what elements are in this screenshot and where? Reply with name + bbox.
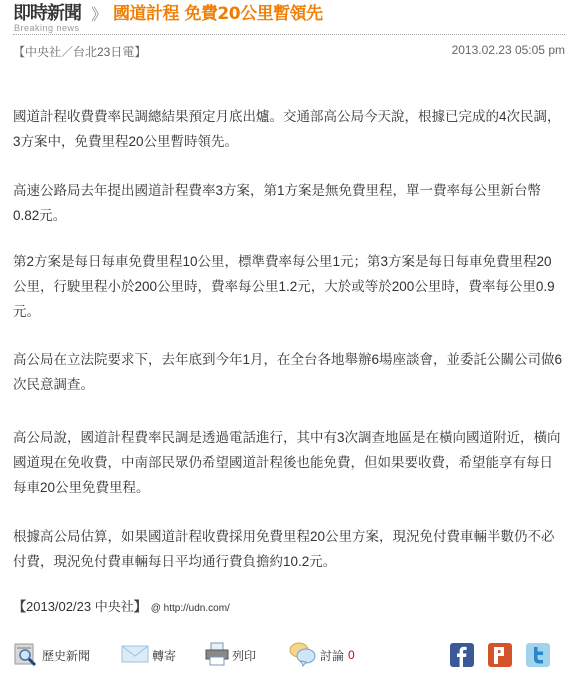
facebook-icon — [450, 643, 474, 667]
article-paragraph: 高速公路局去年提出國道計程費率3方案，第1方案是無免費里程，單一費率每公里新台幣… — [13, 178, 563, 228]
dateline-source: 【中央社／台北23日電】 — [13, 43, 146, 60]
forward-button[interactable]: 轉寄 — [121, 641, 176, 669]
section-title: 即時新聞 — [13, 4, 81, 24]
plurk-share-button[interactable] — [488, 643, 512, 667]
source-url: @ http://udn.com/ — [151, 603, 230, 614]
title-separator: 》 — [91, 5, 107, 25]
publish-timestamp: 2013.02.23 05:05 pm — [452, 43, 565, 57]
header-divider — [13, 34, 565, 35]
magnifier-document-icon — [13, 641, 39, 670]
credit-close-bracket: 】 — [134, 599, 147, 614]
article-paragraph: 根據高公局估算，如果國道計程收費採用免費里程20公里方案，現況免付費車輛半數仍不… — [13, 524, 563, 574]
facebook-share-button[interactable] — [450, 643, 474, 667]
printer-icon — [205, 641, 229, 670]
article-paragraph: 高公局在立法院要求下，去年底到今年1月，在全台各地舉辦6場座談會，並委託公關公司… — [13, 347, 563, 397]
credit-open-bracket: 【 — [13, 599, 26, 614]
history-news-label: 歷史新聞 — [42, 647, 90, 664]
forward-label: 轉寄 — [152, 647, 176, 664]
twitter-icon — [526, 643, 550, 667]
envelope-icon — [121, 644, 149, 667]
headline: 國道計程 免費20公里暫領先 — [113, 4, 323, 24]
article-meta: 【中央社／台北23日電】 2013.02.23 05:05 pm — [13, 43, 565, 59]
credit-text: 2013/02/23 中央社 — [26, 599, 134, 614]
discuss-count: 0 — [348, 648, 355, 662]
section-subtitle: Breaking news — [14, 23, 80, 33]
article-paragraph: 高公局說，國道計程費率民調是透過電話進行，其中有3次調查地區是在橫向國道附近，橫… — [13, 425, 563, 500]
print-label: 列印 — [232, 647, 256, 664]
discuss-label: 討論 — [320, 647, 344, 664]
plurk-icon — [488, 643, 512, 667]
article-actions: 歷史新聞 轉寄 列印 討論 0 — [13, 641, 570, 669]
speech-bubbles-icon — [289, 641, 317, 670]
article-paragraph: 第2方案是每日每車免費里程10公里，標準費率每公里1元；第3方案是每日每車免費里… — [13, 249, 563, 324]
discuss-button[interactable]: 討論 0 — [289, 641, 355, 669]
print-button[interactable]: 列印 — [205, 641, 256, 669]
article-credit: 【2013/02/23 中央社】@ http://udn.com/ — [13, 596, 230, 615]
twitter-share-button[interactable] — [526, 643, 550, 667]
history-news-button[interactable]: 歷史新聞 — [13, 641, 90, 669]
page-header: 即時新聞 Breaking news 》 國道計程 免費20公里暫領先 — [13, 4, 570, 32]
article-paragraph: 國道計程收費費率民調總結果預定月底出爐。交通部高公局今天說，根據已完成的4次民調… — [13, 104, 563, 154]
